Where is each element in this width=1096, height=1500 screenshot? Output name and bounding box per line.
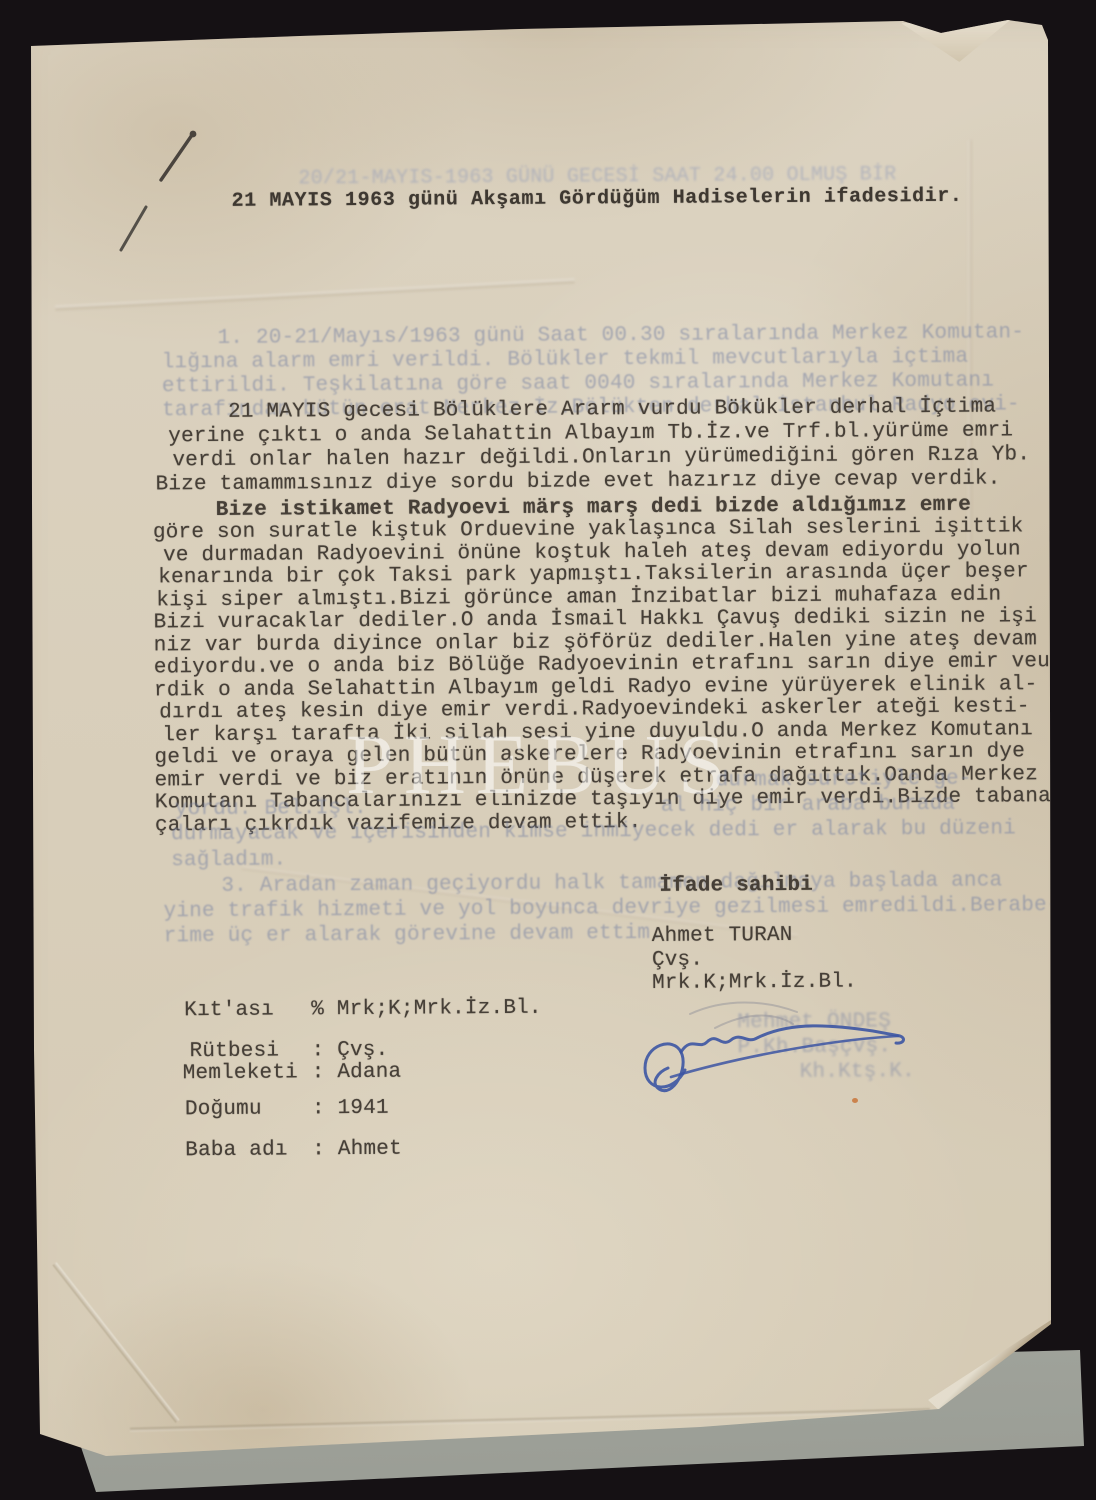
document-title: 21 MAYIS 1963 günü Akşamı Gördüğüm Hadis… (232, 185, 963, 213)
bleed-through-line: durmayacak ve içerisinden kimse inmiyece… (171, 817, 1016, 846)
handwritten-signature (615, 992, 935, 1122)
straight-pin (100, 118, 220, 268)
detail-label: Rütbesi (189, 1040, 279, 1064)
bleed-through-line: sağladım. (171, 849, 286, 873)
detail-label: Baba adı (185, 1139, 288, 1163)
document-page: 20/21-MAYIS-1963 GÜNÜ GECESİ SAAT 24.00 … (0, 0, 1096, 1500)
bleed-through-line: durmak suretiyle ge- (716, 768, 972, 793)
detail-label: Memleketi (183, 1061, 298, 1085)
body-line: Bize tamammısınız diye sordu bizde evet … (156, 468, 1001, 497)
photo-background: 20/21-MAYIS-1963 GÜNÜ GECESİ SAAT 24.00 … (0, 0, 1096, 1500)
statement-heading: İfade sahibi (659, 874, 813, 898)
detail-value: : Ahmet (312, 1138, 402, 1162)
detail-value: : Adana (312, 1061, 402, 1085)
bleed-through-line: yordu. Bel.İşl. (175, 797, 367, 821)
detail-value: : 1941 (312, 1097, 389, 1121)
statement-name: Ahmet TURAN (652, 924, 793, 948)
detail-label: Doğumu (185, 1098, 262, 1122)
bleed-through-line: yine trafik hizmeti ve yol boyunca devri… (163, 894, 1059, 923)
detail-value: : Çvş. (311, 1039, 388, 1063)
statement-rank: Çvş. (652, 949, 703, 972)
bleed-through-line: rime üç er alarak görevine devam ettim. (164, 922, 663, 948)
detail-label: Kıt'ası (184, 999, 274, 1023)
bleed-through-line: 3. Aradan zaman geçiyordu halk tamamen d… (221, 870, 1002, 898)
detail-value: % Mrk;K;Mrk.İz.Bl. (311, 997, 542, 1022)
phebus-watermark: PHEBUS (346, 714, 736, 814)
